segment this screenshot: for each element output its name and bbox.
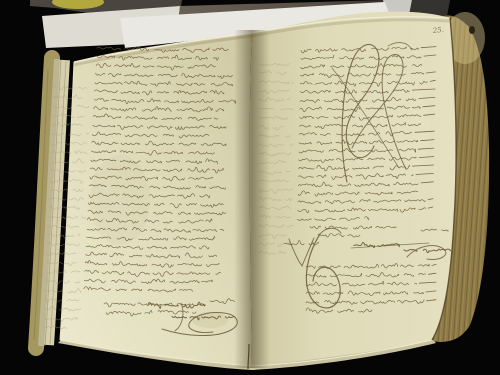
photo-canvas: 25. (0, 0, 500, 375)
paper-sheen (350, 70, 430, 190)
paper-stain (192, 312, 228, 328)
folio-number: 25. (431, 26, 444, 35)
fore-edge-hole (469, 26, 475, 34)
gutter-shadow (234, 30, 270, 368)
photo-of-manuscript: 25. (0, 0, 500, 375)
